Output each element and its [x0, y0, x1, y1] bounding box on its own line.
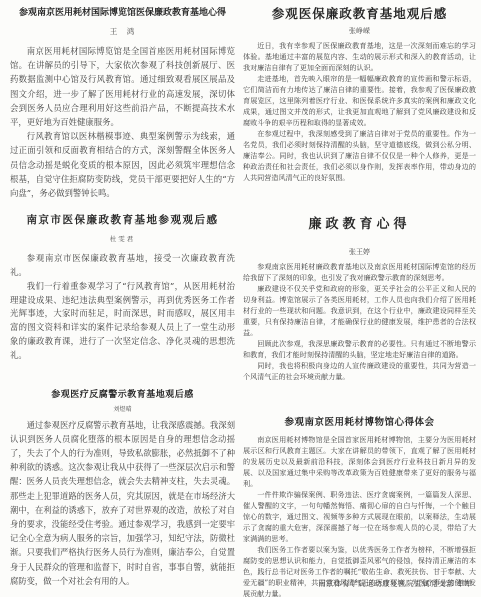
- paragraph: 廉政建设不仅关乎党和政府的形象，更关乎社会的公平正义和人民的切身利益。博览馆展示…: [243, 283, 476, 338]
- footer-credit: 南京体育学院运动康复医院直属党支部 单单: [318, 578, 473, 589]
- paragraph: 参观南京市医保廉政教育基地，接受一次廉政教育洗礼。: [10, 252, 235, 280]
- paragraph: 回顾此次参观，我深思廉政警示教育的必要性。只有通过不断地警示和教育，我们才能时刻…: [243, 338, 476, 360]
- article-author: 张王婷: [243, 247, 476, 257]
- paragraph: 我们医务工作者要以案为鉴，以优秀医务工作者为榜样，不断增强拒腐防变的思想认识和能…: [243, 544, 476, 597]
- article-author: 刘煜晴: [10, 404, 235, 413]
- article-title: 南京市医保廉政教育基地参观观后感: [10, 212, 235, 227]
- paragraph: 行风教育馆以医林楷模事迹、典型案例警示为线索，通过正面引领和反面教育相结合的方式…: [10, 129, 235, 200]
- article-museum-visit-notes: 参观南京医用耗材博物馆心得体会 南京医用耗材博物馆是全国首家医用耗材博物馆，主要…: [243, 414, 476, 597]
- article-body: 参观南京市医保廉政教育基地，接受一次廉政教育洗礼。 我们一行着重参观学习了“行风…: [10, 252, 235, 362]
- article-author: 杜雯君: [10, 234, 235, 243]
- article-anticorruption-base-review: 参观医疗反腐警示教育基地观后感 刘煜晴 通过参观医疗反腐警示教育基地，让我深感震…: [10, 387, 235, 588]
- paragraph: 我们一行着重参观学习了“行风教育馆”，从医用耗材治理建设成果、违纪违法典型案例警…: [10, 280, 235, 363]
- article-title: 廉政教育心得: [243, 213, 476, 232]
- article-body: 通过参观医疗反腐警示教育基地，让我深感震撼。我深刻认识到医务人员腐化堕落的根本原…: [10, 418, 235, 588]
- paragraph: 参观南京医用耗材廉政教育基地以及南京医用耗材国际博览馆的经历给我留下了深刻的印象…: [243, 261, 476, 283]
- paragraph: 一件件欺诈骗保案例、职务违法、医疗贪腐案例，一篇篇发人深思、催人警醒的文字，一句…: [243, 489, 476, 544]
- paragraph: 同时，我也将积极向身边的人宣传廉政建设的重要性，共同为营造一个风清气正的社会环境…: [243, 360, 476, 382]
- left-column: 参观南京医用耗材国际博览馆医保廉政教育基地心得 王 鸿 南京医用耗材国际博览馆是…: [10, 0, 235, 588]
- paragraph: 南京医用耗材国际博览馆是全国首座医用耗材国际博览馆。在讲解员的引导下，大家依次参…: [10, 44, 235, 129]
- article-author: 张峥嵘: [243, 26, 476, 36]
- article-nanjing-base-review: 南京市医保廉政教育基地参观观后感 杜雯君 参观南京市医保廉政教育基地，接受一次廉…: [10, 212, 235, 362]
- article-title: 参观医疗反腐警示教育基地观后感: [10, 387, 235, 400]
- paragraph: 南京医用耗材博物馆是全国首家医用耗材博物馆，主要分为医用耗材展示区和行风教育主题…: [243, 434, 476, 489]
- article-title: 参观南京医用耗材国际博览馆医保廉政教育基地心得: [10, 0, 235, 18]
- article-author: 王 鸿: [10, 26, 235, 37]
- article-body: 参观南京医用耗材廉政教育基地以及南京医用耗材国际博览馆的经历给我留下了深刻的印象…: [243, 261, 476, 382]
- article-title: 参观南京医用耗材博物馆心得体会: [243, 414, 476, 428]
- article-integrity-education-notes: 廉政教育心得 张王婷 参观南京医用耗材廉政教育基地以及南京医用耗材国际博览馆的经…: [243, 213, 476, 382]
- paragraph: 近日，我有幸参观了医保廉政教育基地，这是一次深刻而难忘的学习体验。基地通过丰富的…: [243, 40, 476, 73]
- article-body: 南京医用耗材国际博览馆是全国首座医用耗材国际博览馆。在讲解员的引导下，大家依次参…: [10, 44, 235, 200]
- paragraph: 走进基地，首先映入眼帘的是一幅幅廉政教育的宣传画和警示标语，它们简洁而有力地传达…: [243, 73, 476, 128]
- article-body: 近日，我有幸参观了医保廉政教育基地，这是一次深刻而难忘的学习体验。基地通过丰富的…: [243, 40, 476, 183]
- article-title: 参观医保廉政教育基地观后感: [243, 0, 476, 22]
- paragraph: 在参观过程中，我深刻感受到了廉洁自律对于党员的重要性。作为一名党员，我们必须时刻…: [243, 128, 476, 183]
- article-body: 南京医用耗材博物馆是全国首家医用耗材博物馆，主要分为医用耗材展示区和行风教育主题…: [243, 434, 476, 597]
- document-page: 参观南京医用耗材国际博览馆医保廉政教育基地心得 王 鸿 南京医用耗材国际博览馆是…: [0, 0, 481, 597]
- article-insurance-base-review: 参观医保廉政教育基地观后感 张峥嵘 近日，我有幸参观了医保廉政教育基地，这是一次…: [243, 0, 476, 183]
- paragraph: 通过参观医疗反腐警示教育基地，让我深感震撼。我深刻认识到医务人员腐化堕落的根本原…: [10, 418, 235, 588]
- right-column: 参观医保廉政教育基地观后感 张峥嵘 近日，我有幸参观了医保廉政教育基地，这是一次…: [243, 0, 476, 597]
- article-visit-expo-base: 参观南京医用耗材国际博览馆医保廉政教育基地心得 王 鸿 南京医用耗材国际博览馆是…: [10, 0, 235, 200]
